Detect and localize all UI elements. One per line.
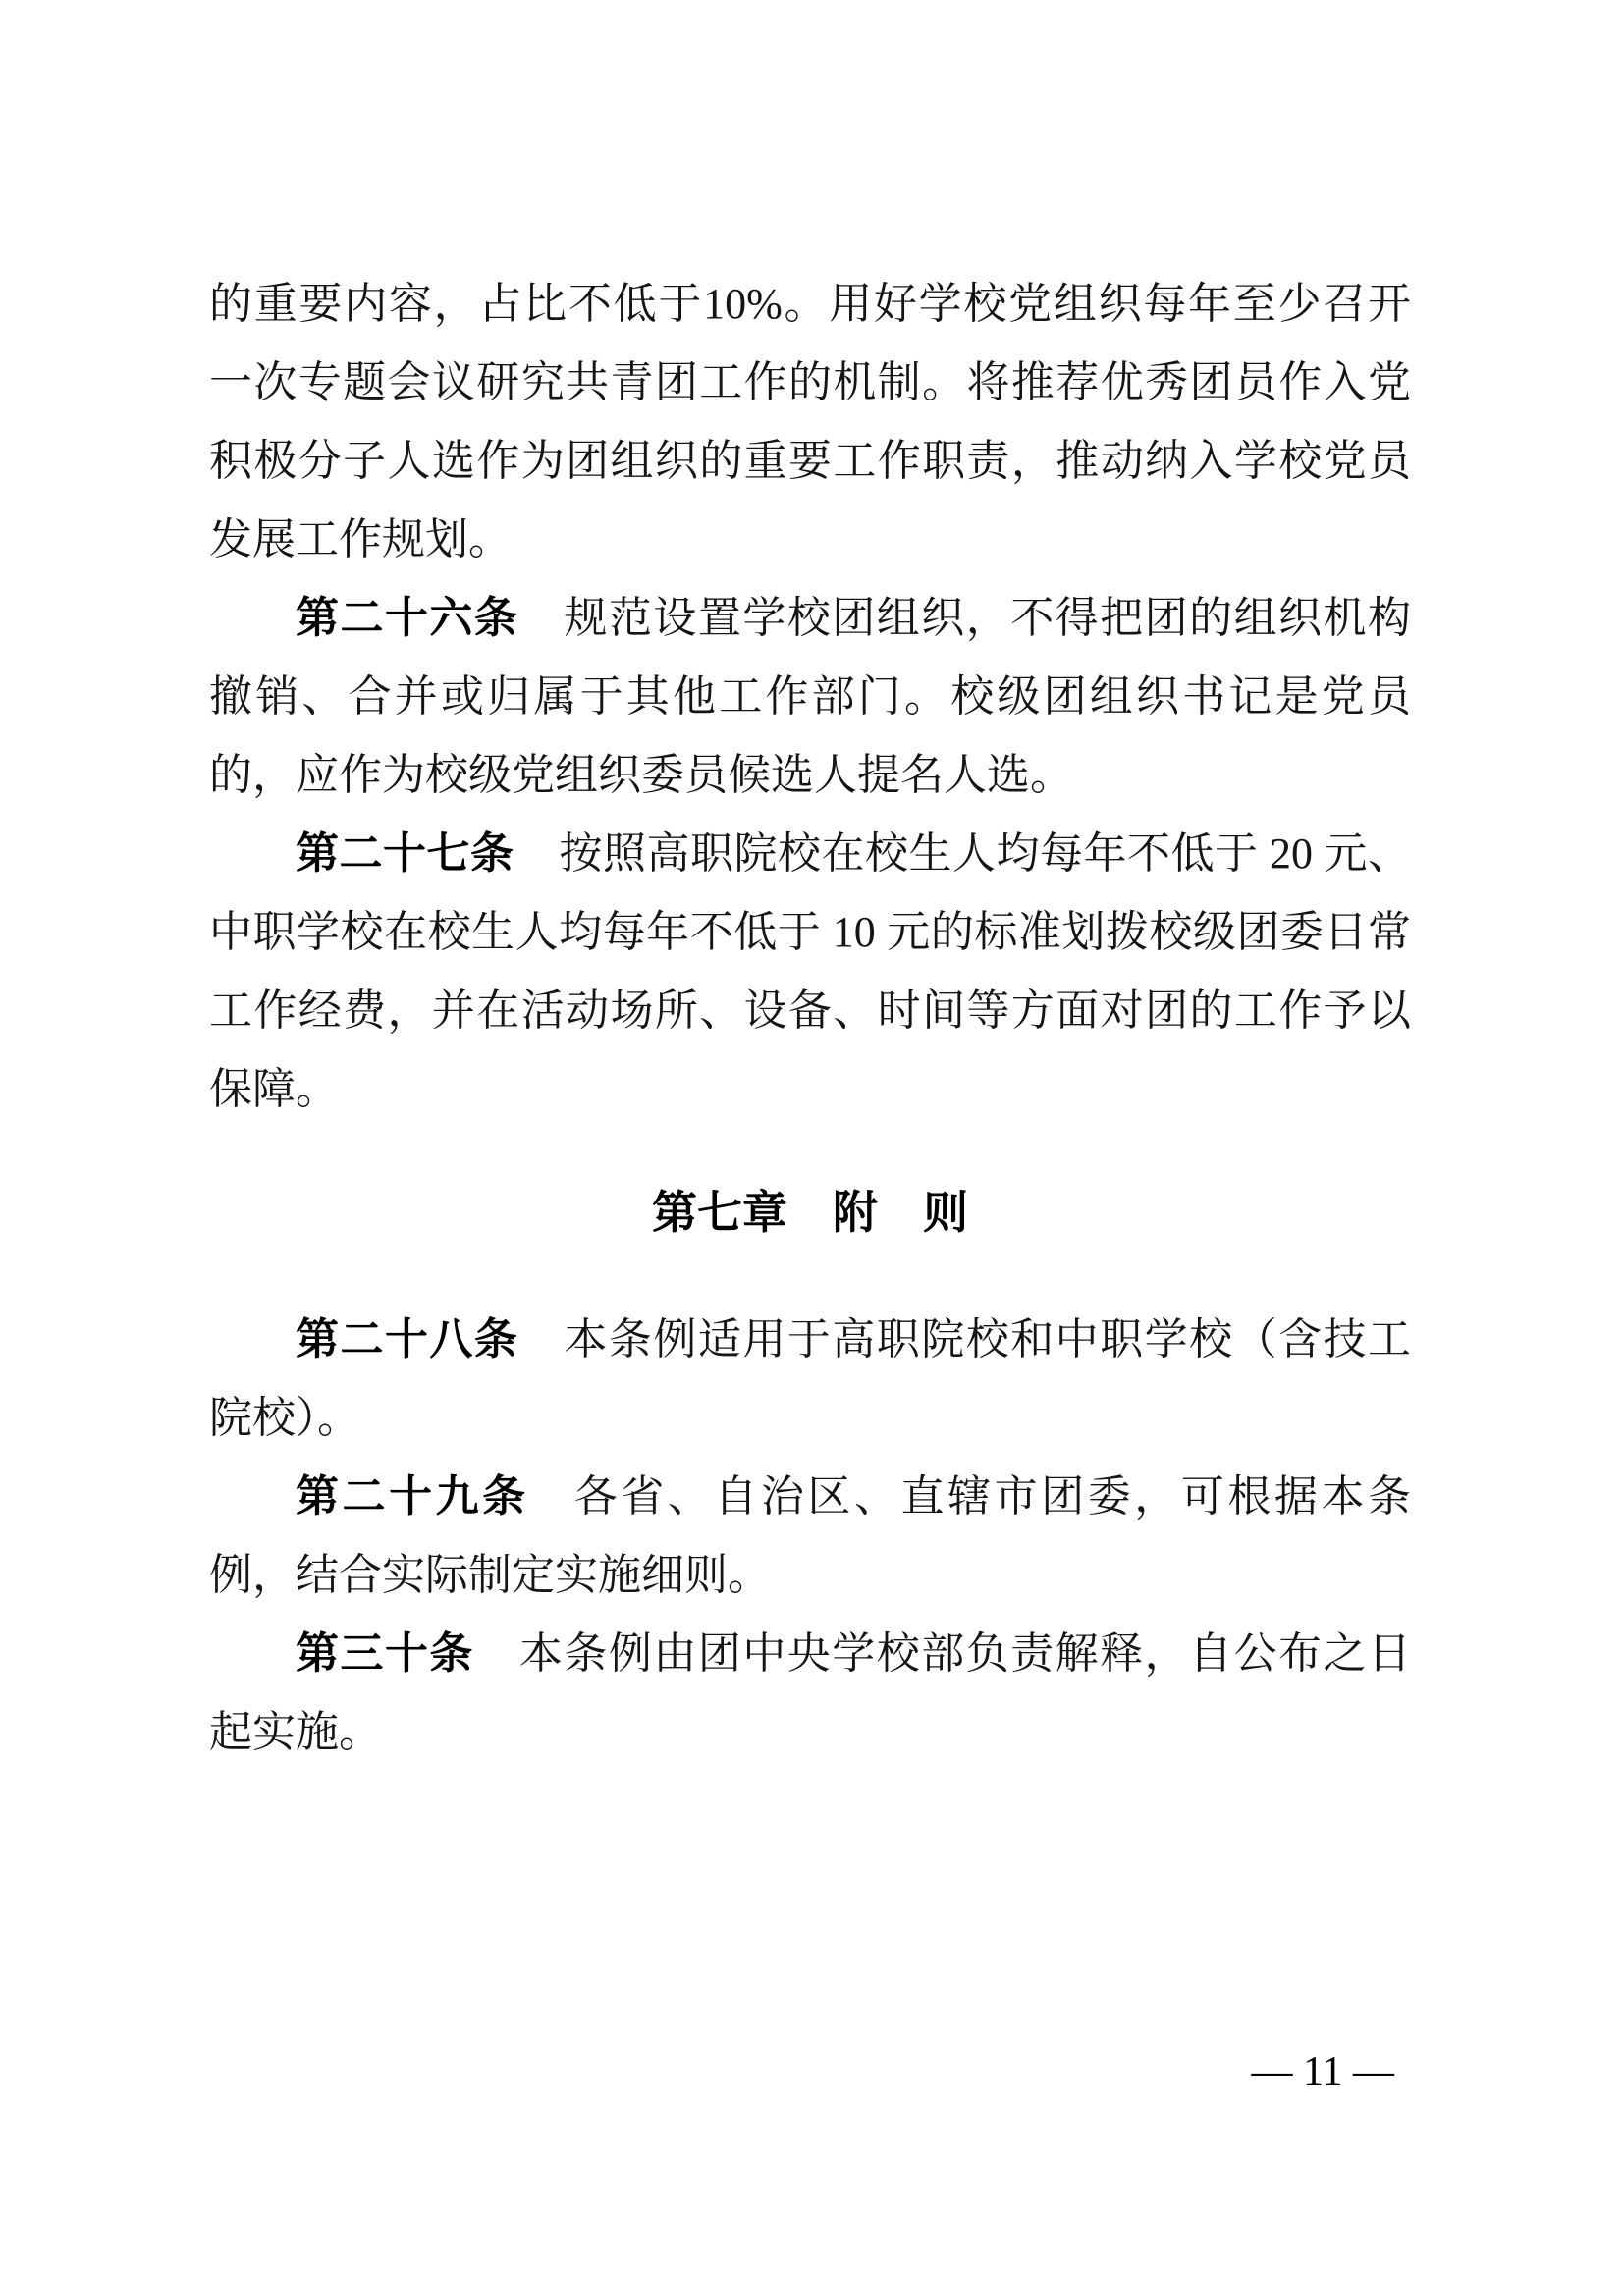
paragraph-continuation: 的重要内容，占比不低于10%。用好学校党组织每年至少召开一次专题会议研究共青团工… — [209, 265, 1411, 579]
page-number: — 11 — — [1252, 2048, 1394, 2097]
chapter-heading: 第七章 附 则 — [209, 1173, 1411, 1252]
article-27-paragraph: 第二十七条按照高职院校在校生人均每年不低于 20 元、中职学校在校生人均每年不低… — [209, 815, 1411, 1129]
article-29-paragraph: 第二十九条各省、自治区、直辖市团委，可根据本条例，结合实际制定实施细则。 — [209, 1458, 1411, 1615]
document-page: 的重要内容，占比不低于10%。用好学校党组织每年至少召开一次专题会议研究共青团工… — [0, 0, 1624, 2296]
article-30-paragraph: 第三十条本条例由团中央学校部负责解释，自公布之日起实施。 — [209, 1615, 1411, 1772]
article-27-number: 第二十七条 — [296, 829, 514, 878]
article-30-number: 第三十条 — [296, 1629, 474, 1678]
article-26-paragraph: 第二十六条规范设置学校团组织，不得把团的组织机构撤销、合并或归属于其他工作部门。… — [209, 579, 1411, 815]
article-28-number: 第二十八条 — [296, 1315, 518, 1363]
article-28-paragraph: 第二十八条本条例适用于高职院校和中职学校（含技工院校）。 — [209, 1301, 1411, 1458]
document-body: 的重要内容，占比不低于10%。用好学校党组织每年至少召开一次专题会议研究共青团工… — [209, 265, 1411, 1772]
article-26-number: 第二十六条 — [296, 594, 518, 642]
paragraph-text: 的重要内容，占比不低于10%。用好学校党组织每年至少召开一次专题会议研究共青团工… — [209, 280, 1411, 563]
article-29-number: 第二十九条 — [296, 1472, 529, 1521]
